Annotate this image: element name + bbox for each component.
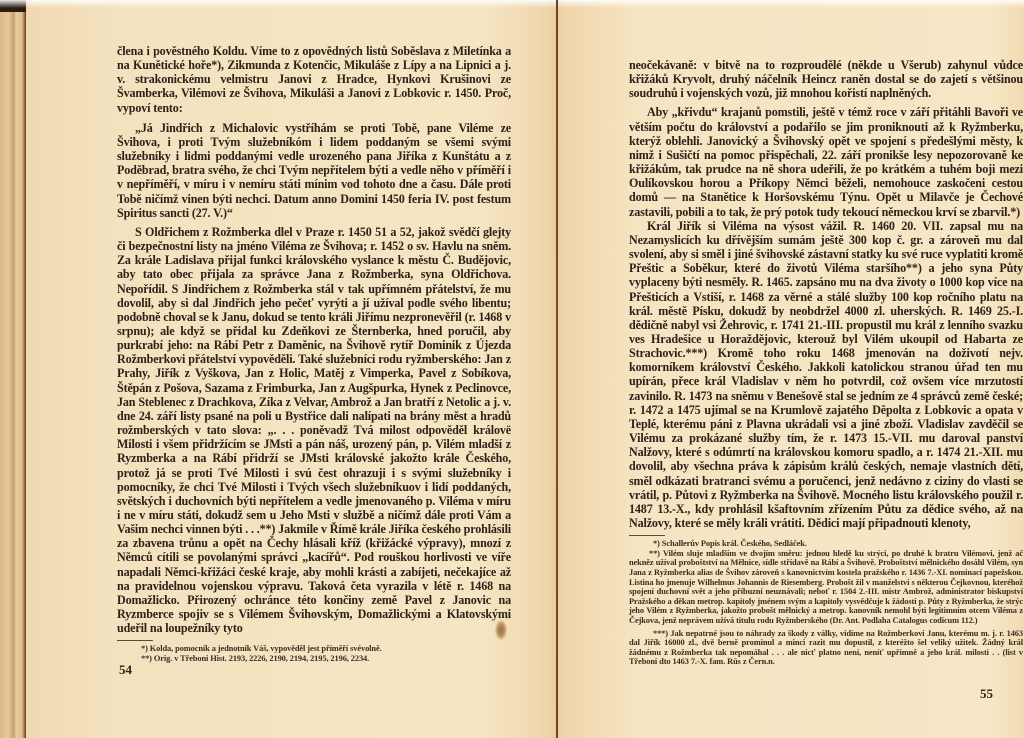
page-top-highlight	[0, 0, 1024, 8]
footnotes: *) Kolda, pomocník a jednotník Váš, vypo…	[117, 640, 511, 663]
footnote: **) Vilém sluje mladším ve dvojím směru:…	[629, 549, 1023, 626]
paragraph: člena i pověstného Koldu. Víme to z opov…	[117, 44, 511, 115]
footnote-rule	[117, 640, 153, 641]
quote-paragraph: „Já Jindřich z Michalovic vystříhám se p…	[117, 121, 511, 220]
book-spine-edge	[0, 0, 26, 738]
paragraph: S Oldřichem z Rožmberka dlel v Praze r. …	[117, 225, 511, 636]
footnote-rule	[629, 535, 665, 536]
page-number-right: 55	[980, 686, 993, 702]
right-page: neočekávaně: v bitvě na to rozproudělé (…	[629, 58, 1023, 667]
footnote: ***) Jak nepatrné jsou to náhrady za ško…	[629, 629, 1023, 667]
page-number-left: 54	[119, 662, 132, 678]
book-gutter	[556, 0, 558, 738]
paragraph: Aby „křivdu“ krajanů pomstili, ještě v t…	[629, 105, 1023, 218]
footnote: *) Kolda, pomocník a jednotník Váš, vypo…	[117, 644, 511, 654]
paragraph: Král Jiřík si Viléma na výsost vážil. R.…	[629, 219, 1023, 530]
book-spread: člena i pověstného Koldu. Víme to z opov…	[0, 0, 1024, 738]
left-page: člena i pověstného Koldu. Víme to z opov…	[117, 44, 511, 664]
footnote: **) Orig. v Třeboni Hist. 2193, 2226, 21…	[117, 654, 511, 664]
footnote: *) Schallerův Popis král. Českého, Sedlá…	[629, 539, 1023, 549]
footnotes: *) Schallerův Popis král. Českého, Sedlá…	[629, 535, 1023, 667]
paragraph: neočekávaně: v bitvě na to rozproudělé (…	[629, 58, 1023, 100]
